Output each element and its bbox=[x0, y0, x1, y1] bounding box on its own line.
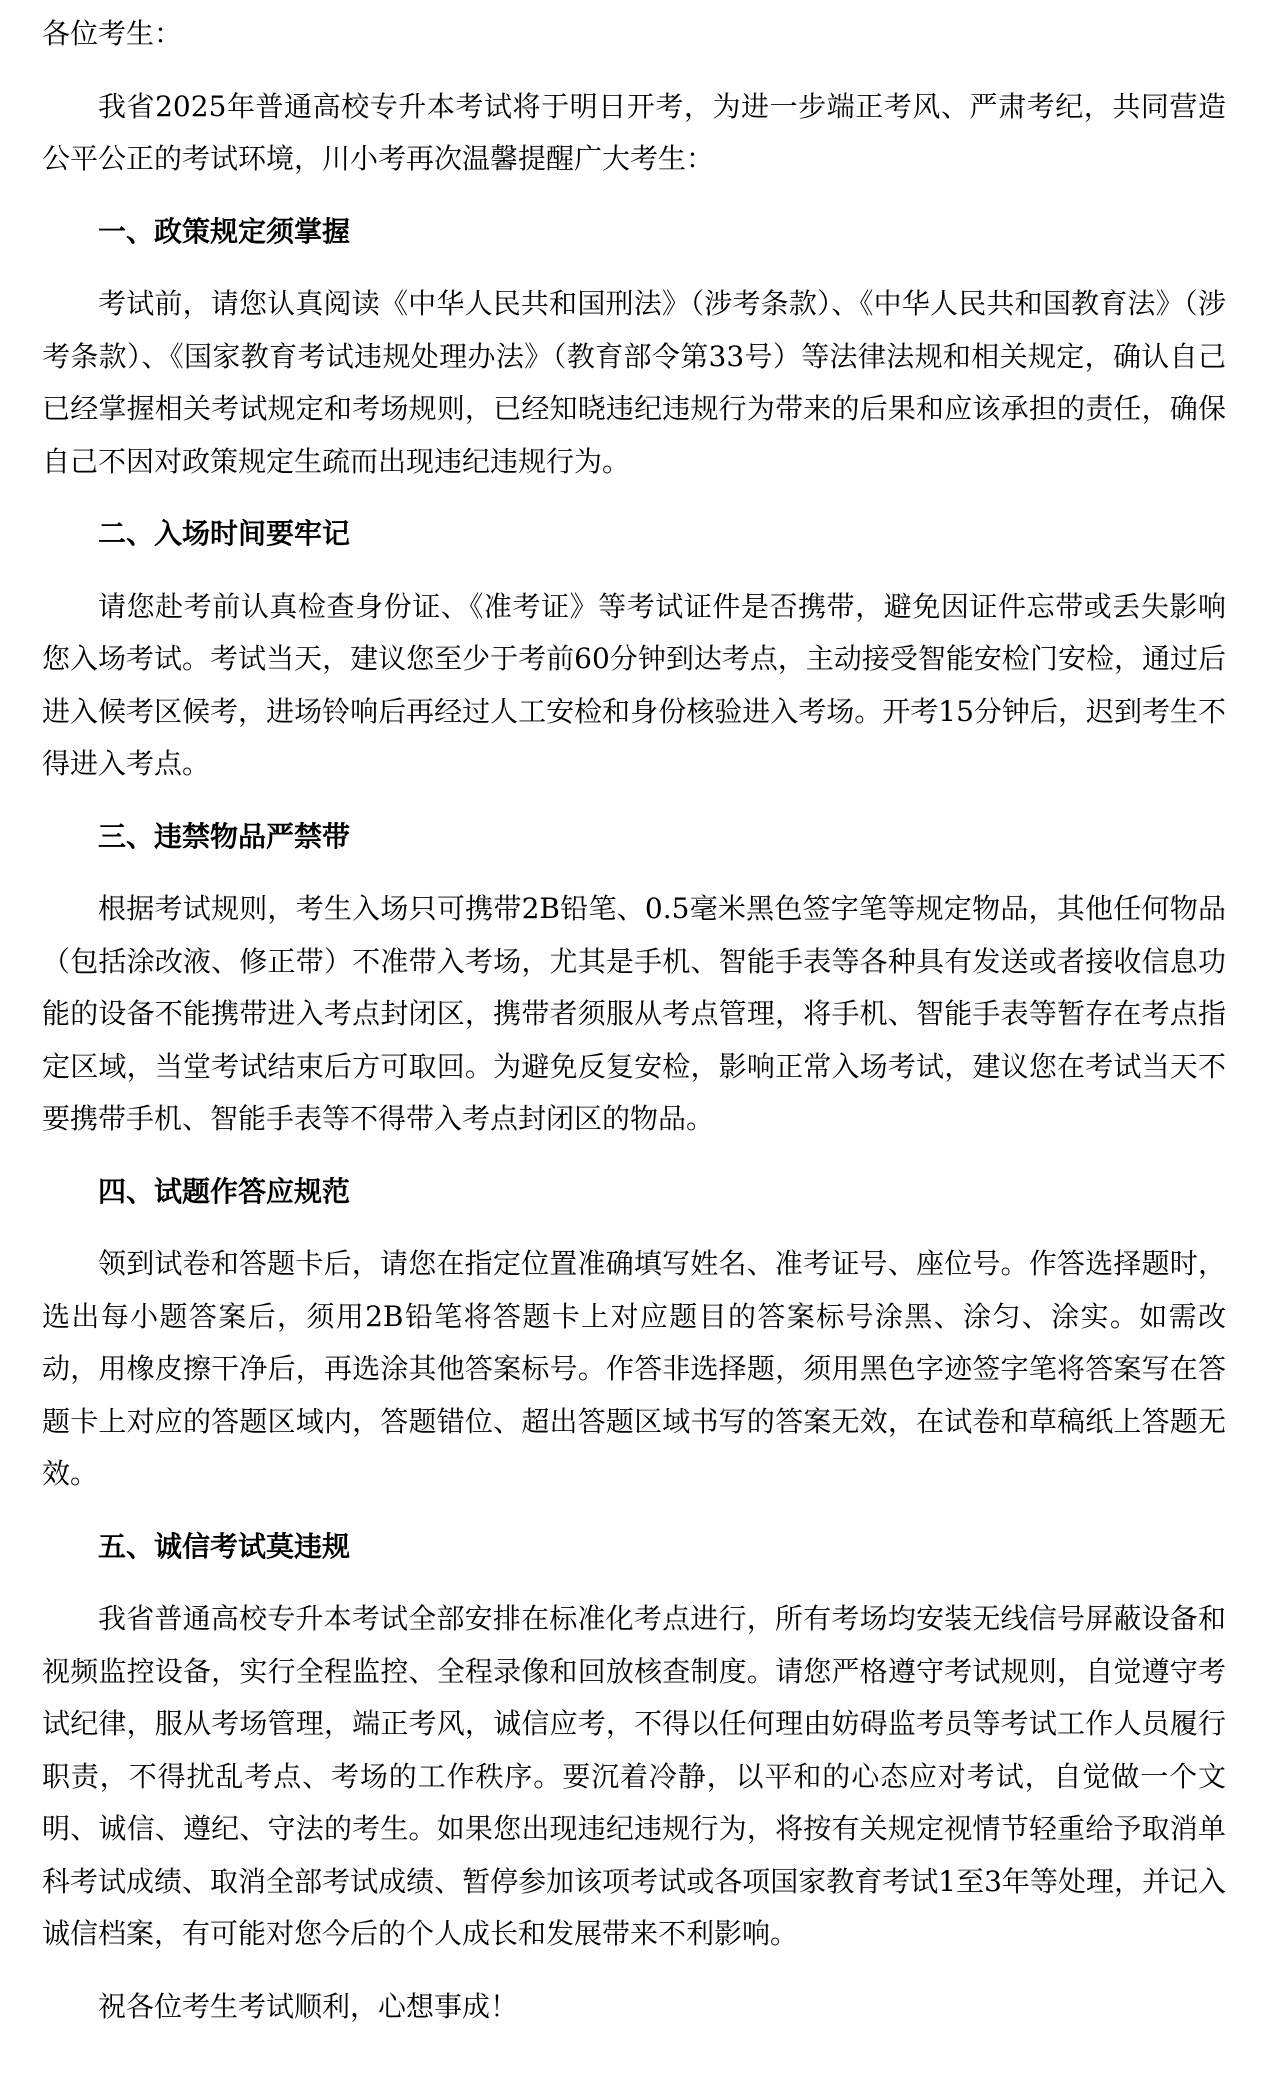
section-3-paragraph: 根据考试规则，考生入场只可携带2B铅笔、0.5毫米黑色签字笔等规定物品，其他任何… bbox=[42, 883, 1226, 1146]
section-1-heading: 一、政策规定须掌握 bbox=[42, 206, 1226, 259]
exam-notice-document: 各位考生： 我省2025年普通高校专升本考试将于明日开考，为进一步端正考风、严肃… bbox=[0, 0, 1268, 2083]
salutation: 各位考生： bbox=[42, 8, 1226, 61]
section-4-paragraph: 领到试卷和答题卡后，请您在指定位置准确填写姓名、准考证号、座位号。作答选择题时，… bbox=[42, 1238, 1226, 1501]
section-3-heading: 三、违禁物品严禁带 bbox=[42, 811, 1226, 864]
closing-wish: 祝各位考生考试顺利，心想事成！ bbox=[42, 1981, 1226, 2034]
section-2-heading: 二、入场时间要牢记 bbox=[42, 508, 1226, 561]
section-5-heading: 五、诚信考试莫违规 bbox=[42, 1521, 1226, 1574]
intro-paragraph: 我省2025年普通高校专升本考试将于明日开考，为进一步端正考风、严肃考纪，共同营… bbox=[42, 81, 1226, 186]
section-2-paragraph: 请您赴考前认真检查身份证、《准考证》等考试证件是否携带，避免因证件忘带或丢失影响… bbox=[42, 581, 1226, 791]
section-5-paragraph: 我省普通高校专升本考试全部安排在标准化考点进行，所有考场均安装无线信号屏蔽设备和… bbox=[42, 1593, 1226, 1961]
section-4-heading: 四、试题作答应规范 bbox=[42, 1166, 1226, 1219]
section-1-paragraph: 考试前，请您认真阅读《中华人民共和国刑法》（涉考条款）、《中华人民共和国教育法》… bbox=[42, 278, 1226, 488]
